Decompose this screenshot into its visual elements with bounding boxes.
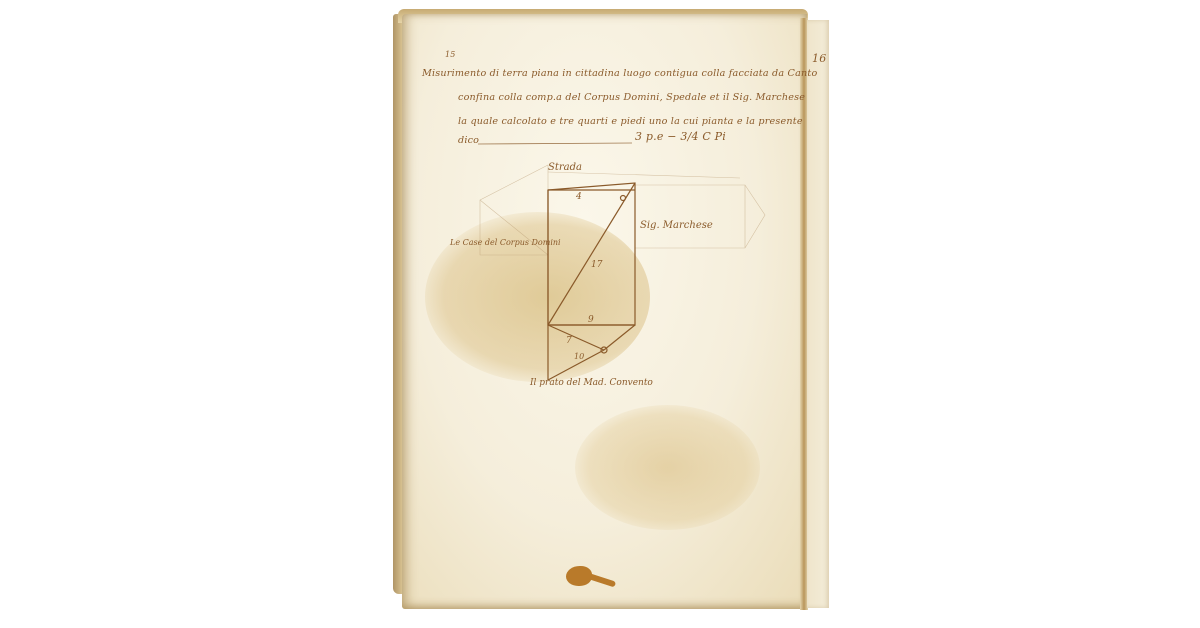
measure-top: 4: [576, 192, 582, 202]
label-convento: Il prato del Mad. Convento: [530, 378, 653, 388]
label-corpus-domini: Le Case del Corpus Domini: [450, 238, 561, 247]
measure-diagonal: 17: [591, 260, 602, 270]
measure-horizontal: 9: [588, 315, 594, 325]
label-marchese: Sig. Marchese: [640, 220, 713, 231]
property-diagram: [0, 0, 1200, 628]
label-strada: Strada: [548, 162, 582, 173]
measure-lower-slant: 7: [566, 336, 572, 346]
measure-lower-edge: 10: [574, 352, 584, 361]
